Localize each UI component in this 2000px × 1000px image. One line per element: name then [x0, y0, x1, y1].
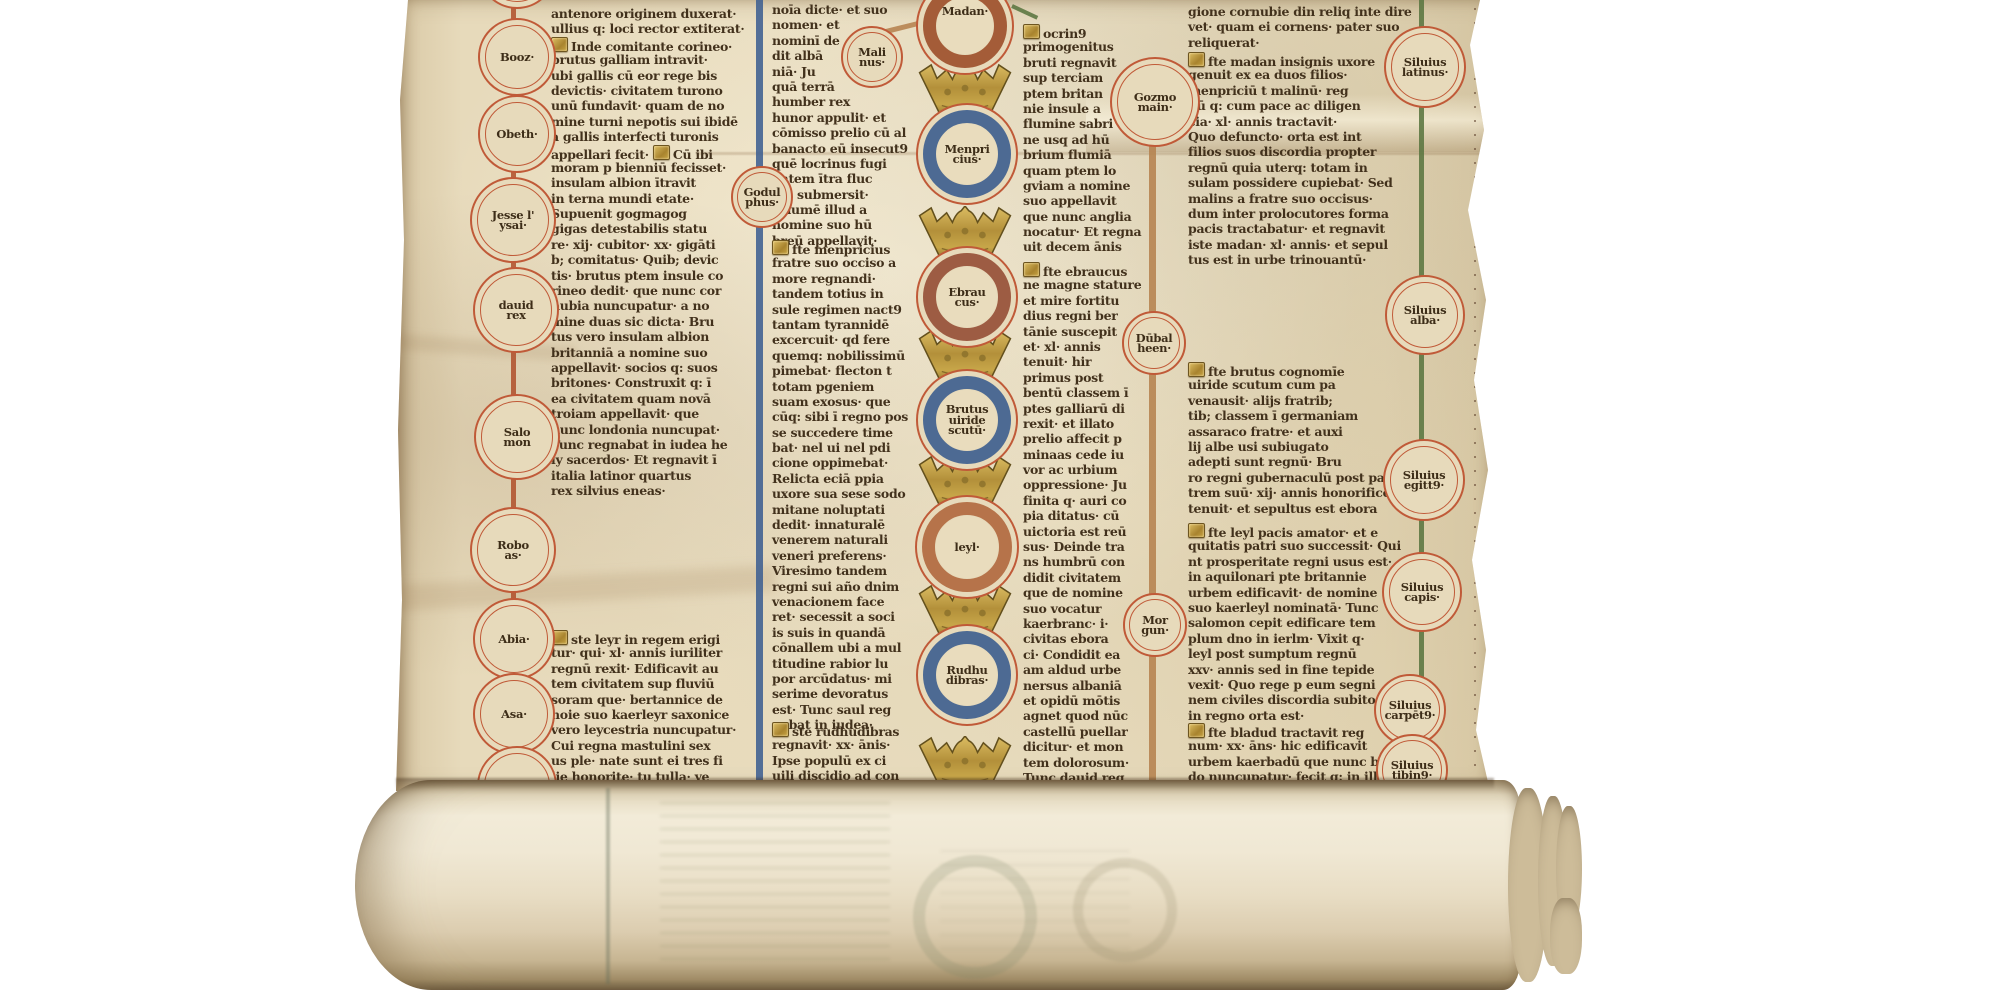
text-line: excercuit· qd fere: [772, 332, 906, 347]
text-line: noīa dicte· et suo: [772, 2, 906, 17]
text-line: Supuenit gogmagog: [551, 206, 751, 221]
text-line: b; comitatus· Quib; devic: [551, 252, 751, 267]
text-line: uit decem ānis: [1023, 239, 1149, 254]
text-line: que de nomine: [1023, 585, 1149, 600]
text-line: xxv· annis sed in fine tepide: [1188, 662, 1400, 677]
text-line: cione oppimebat·: [772, 455, 906, 470]
text-line: fte ebraucus: [1023, 262, 1149, 277]
text-line: tantam tyrannidē: [772, 317, 906, 332]
text-line: am aldud urbe: [1023, 662, 1149, 677]
text-line: venerem naturali: [772, 532, 906, 547]
roundel-name-line: cus·: [948, 297, 985, 308]
roundel-rudhudibras: Rudhudibras·: [916, 624, 1018, 726]
text-line: ste leyr in regem erigi: [551, 630, 751, 645]
text-column-b: noīa dicte· et suonomen· etnominī dedit …: [772, 0, 906, 791]
roundel-name-menpricius: Menpricius·: [944, 144, 989, 165]
text-line: plum dno in ierlm· Vixit q·: [1188, 631, 1400, 646]
text-line: nocatur· Et regna: [1023, 224, 1149, 239]
text-line: insulam albion ītravit: [551, 175, 751, 190]
text-line: entem ītra fluc: [772, 171, 906, 186]
text-line: primogenitus: [1023, 39, 1149, 54]
roundel-name-line: alba·: [1404, 315, 1447, 326]
ghost-showthrough-ring-1: [913, 855, 1037, 979]
roundel-name-line: Madan·: [918, 6, 1012, 17]
text-line: nersus albaniā: [1023, 678, 1149, 693]
gold-initial-icon: [1188, 52, 1205, 67]
text-line: in regno orta est·: [1188, 708, 1400, 723]
scroll-roll: [355, 780, 1520, 990]
text-line: humber rex: [772, 94, 906, 109]
ghost-showthrough-text-2: [940, 850, 1130, 960]
text-line: iste madan· xl· annis· et sepul: [1188, 237, 1400, 252]
text-line: sus· Deinde tra: [1023, 539, 1149, 554]
column-a-paragraph-2: ste leyr in regem erigitur· qui· xl· ann…: [551, 630, 751, 784]
roundel-name-godulphus: Godulphus·: [744, 187, 781, 208]
gold-initial-icon: [772, 722, 789, 737]
text-line: appellavit· socios q: suos: [551, 360, 751, 375]
text-line: ptes galliarū di: [1023, 401, 1149, 416]
text-line: finita q· auri co: [1023, 493, 1149, 508]
roundel-name-gozmomain: Gozmomain·: [1134, 92, 1176, 113]
text-line: dedit· innaturalē: [772, 517, 906, 532]
column-e-paragraph-2: fte madan insignis uxoregenuit ex ea duo…: [1188, 52, 1400, 267]
roundel-name-silvius-latinus: Siluiuslatinus·: [1402, 57, 1448, 78]
text-column-e: gione cornubie din reliq inte direvet· q…: [1188, 0, 1400, 791]
text-line: britones· Construxit q: ī: [551, 375, 751, 390]
text-line: leyl post sumptum regnū: [1188, 646, 1400, 661]
roundel-name-line: capis·: [1401, 592, 1444, 603]
roundel-silvius-alba: Siluiusalba·: [1385, 275, 1465, 355]
text-line: suo kaerleyl nominatā· Tunc: [1188, 600, 1400, 615]
roundel-ebraucus: Ebraucus·: [916, 246, 1018, 348]
line-blue-main: [756, 0, 763, 781]
text-line: appellari fecit· Cū ibi: [551, 145, 751, 160]
text-line: devictis· civitatem turono: [551, 83, 751, 98]
text-line: mitane noluptati: [772, 502, 906, 517]
roundel-obeth: Obeth·: [478, 95, 556, 173]
text-line: suo appellavit: [1023, 193, 1149, 208]
text-line: ne magne stature: [1023, 277, 1149, 292]
text-line: et opidū mōtis: [1023, 693, 1149, 708]
text-line: fte menpricius: [772, 240, 906, 255]
roundel-name-salomon: Salomon: [503, 427, 530, 448]
text-line: nem civiles discordia subito: [1188, 692, 1400, 707]
gold-initial-icon: [653, 145, 670, 160]
roundel-asa: Asa·: [473, 673, 555, 755]
column-a-paragraph-1: antenore originem duxerat·ullius q: loci…: [551, 6, 751, 499]
text-line: quē locrinus fugi: [772, 156, 906, 171]
roundel-abia: Abia·: [473, 598, 555, 680]
text-line: assaraco fratre· et auxi: [1188, 424, 1400, 439]
roundel-name-obeth: Obeth·: [496, 129, 537, 140]
roundel-name-line: Obeth·: [496, 129, 537, 140]
text-line: mine duas sic dicta· Bru: [551, 314, 751, 329]
text-line: lij albe usi subiugato: [1188, 439, 1400, 454]
text-line: ste rudhudibras: [772, 722, 906, 737]
roundel-name-line: leyl·: [954, 542, 979, 553]
text-line: ea civitatem quam novā: [551, 391, 751, 406]
roundel-silvius-egitus: Siluiusegitt9·: [1383, 439, 1465, 521]
text-line: cia· xl· annis tractavit·: [1188, 114, 1400, 129]
text-line: cōmisso prelio cū al: [772, 125, 906, 140]
text-line: noie suo kaerleyr saxonice: [551, 707, 751, 722]
roundel-morgun: Morgun·: [1123, 593, 1187, 657]
roundel-name-line: phus·: [744, 197, 781, 208]
text-line: Quo defuncto· orta est int: [1188, 129, 1400, 144]
text-line: gigas detestabilis statu: [551, 221, 751, 236]
roundel-name-roboas: Roboas·: [497, 540, 529, 561]
text-line: pia ditatus· cū: [1023, 508, 1149, 523]
text-line: Ipse populū ex ci: [772, 753, 906, 768]
roundel-name-brutus-viride-scutum: Brutusuiridescutū·: [946, 404, 989, 436]
text-line: por arcūdatus· mi: [772, 671, 906, 686]
text-line: fte leyl pacis amator· et e: [1188, 523, 1400, 538]
gold-initial-icon: [1188, 362, 1205, 377]
roundel-name-line: mon: [503, 437, 530, 448]
text-line: quam ptem lo: [1023, 163, 1149, 178]
roundel-name-line: egitt9·: [1403, 480, 1446, 491]
text-line: adepti sunt regnū· Bru: [1188, 454, 1400, 469]
text-line: vexit· Quo rege p eum segni: [1188, 677, 1400, 692]
text-line: fte madan insignis uxore: [1188, 52, 1400, 67]
text-line: est· Tunc saul reg: [772, 702, 906, 717]
roundel-name-morgun: Morgun·: [1141, 615, 1169, 636]
text-line: titudine rabior lu: [772, 656, 906, 671]
text-line: us ple· nate sunt ei tres fi: [551, 753, 751, 768]
roundel-name-asa: Asa·: [501, 709, 527, 720]
text-line: cōnallem ubi a mul: [772, 640, 906, 655]
roundel-name-line: gun·: [1141, 625, 1169, 636]
column-e-paragraph-5: fte bladud tractavit regnum· xx· āns· hi…: [1188, 723, 1400, 785]
text-line: vor ac urbium: [1023, 462, 1149, 477]
gold-initial-icon: [1188, 723, 1205, 738]
text-line: sule regimen nact9: [772, 302, 906, 317]
text-line: tur· qui· xl· annis iuriliter: [551, 645, 751, 660]
roundel-name-line: carpēt9·: [1385, 710, 1436, 721]
text-line: nū q: cum pace ac diligen: [1188, 98, 1400, 113]
text-line: cūq: sibi ī regno pos: [772, 409, 906, 424]
line-tan-cadet: [1149, 120, 1156, 781]
text-line: ci· Condidit ea: [1023, 647, 1149, 662]
text-line: totam pgeniem: [772, 379, 906, 394]
ghost-showthrough-blue-line: [606, 788, 610, 984]
text-line: vet· quam ei cornens· pater suo: [1188, 19, 1400, 34]
column-e-paragraph-4: fte leyl pacis amator· et equitatis patr…: [1188, 523, 1400, 723]
roundel-silvius-latinus: Siluiuslatinus·: [1384, 26, 1466, 108]
text-line: pacis tractabatur· et regnavit: [1188, 221, 1400, 236]
roundel-david-rex: dauidrex: [473, 267, 559, 353]
text-line: regnū rexit· Edificavit au: [551, 661, 751, 676]
text-line: rineo dedit· que nunc cor: [551, 283, 751, 298]
text-line: antenore originem duxerat·: [551, 6, 751, 21]
text-line: gviam a nomine: [1023, 178, 1149, 193]
text-line: dicitur· et mon: [1023, 739, 1149, 754]
text-line: Inde comitante corineo·: [551, 37, 751, 52]
text-line: fte brutus cognomīe: [1188, 362, 1400, 377]
scroll-sheet: antenore originem duxerat·ullius q: loci…: [396, 0, 1494, 791]
roundel-name-ebraucus: Ebraucus·: [948, 287, 985, 308]
roundel-brutus-viride-scutum: Brutusuiridescutū·: [916, 369, 1018, 471]
text-line: regnavit· xx· ānis·: [772, 737, 906, 752]
text-line: tus est in urbe trinouantū·: [1188, 252, 1400, 267]
text-line: tis· brutus ptem insule co: [551, 268, 751, 283]
text-line: venacionem face: [772, 594, 906, 609]
text-line: suam exosus· que: [772, 394, 906, 409]
text-line: nubia nuncupatur· a no: [551, 298, 751, 313]
roundel-silvius-capis: Siluiuscapis·: [1382, 552, 1462, 632]
column-e-paragraph-1: gione cornubie din reliq inte direvet· q…: [1188, 4, 1400, 50]
text-line: num· xx· āns· hic edificavit: [1188, 738, 1400, 753]
text-line: in aquilonari pte britannie: [1188, 569, 1400, 584]
roundel-name-abia: Abia·: [498, 634, 529, 645]
roundel-name-line: cius·: [944, 154, 989, 165]
text-line: menpriciū t malinū· reg: [1188, 83, 1400, 98]
text-line: is suis in quandā: [772, 625, 906, 640]
text-line: Relicta eciā ppia: [772, 471, 906, 486]
text-line: tenuit· et sepultus est ebora: [1188, 501, 1400, 516]
text-line: urbem kaerbadū que nunc ba: [1188, 754, 1400, 769]
text-line: ro regni gubernaculū post pa: [1188, 470, 1400, 485]
text-line: reliquerat·: [1188, 35, 1400, 50]
roundel-name-silvius-capis: Siluiuscapis·: [1401, 582, 1444, 603]
roundel-booz: Booz·: [478, 18, 556, 96]
ghost-showthrough-ring-2: [1073, 858, 1177, 962]
roundel-name-malinus: Malinus·: [858, 47, 886, 68]
text-line: prelio affecit p: [1023, 431, 1149, 446]
roundel-name-line: Abia·: [498, 634, 529, 645]
text-line: brutus galliam intravit·: [551, 52, 751, 67]
roundel-name-line: scutū·: [946, 425, 989, 436]
text-line: unū fundavit· quam de no: [551, 98, 751, 113]
manuscript-photo: antenore originem duxerat·ullius q: loci…: [0, 0, 2000, 1000]
text-line: a gallis interfecti turonis: [551, 129, 751, 144]
text-line: pimebat· flecton t: [772, 363, 906, 378]
roll-end-core: [1550, 898, 1582, 974]
text-line: filios suos discordia propter: [1188, 144, 1400, 159]
text-line: trem suū· xij· annis honorifice: [1188, 485, 1400, 500]
text-line: britanniā a nomine suo: [551, 345, 751, 360]
text-line: fte bladud tractavit reg: [1188, 723, 1400, 738]
gold-initial-icon: [1023, 24, 1040, 39]
text-line: nomine suo hū: [772, 217, 906, 232]
roundel-name-silvius-egitus: Siluiusegitt9·: [1403, 470, 1446, 491]
text-line: uiride scutum cum pa: [1188, 377, 1400, 392]
text-line: malins a fratre suo occisus·: [1188, 191, 1400, 206]
text-line: nt prosperitate regni usus est·: [1188, 554, 1400, 569]
text-line: oppressione· Ju: [1023, 477, 1149, 492]
roundel-top-cut: [478, 0, 556, 9]
roundel-name-line: latinus·: [1402, 67, 1448, 78]
roundel-gozmomain: Gozmomain·: [1110, 57, 1200, 147]
roundel-name-dunballeen: Dūbalheen·: [1136, 333, 1173, 354]
text-line: Viresimo tandem: [772, 563, 906, 578]
line-green-alban: [1419, 0, 1424, 781]
text-line: vero leycestria nuncupatur·: [551, 722, 751, 737]
text-line: tus vero insulam albion: [551, 329, 751, 344]
roundel-name-rudhudibras: Rudhudibras·: [946, 665, 988, 686]
text-line: Cui regna mastulini sex: [551, 738, 751, 753]
text-line: rexit· et illato: [1023, 416, 1149, 431]
text-line: sulam possidere cupiebat· Sed: [1188, 175, 1400, 190]
text-line: et mire fortitu: [1023, 293, 1149, 308]
text-line: genuit ex ea duos filios·: [1188, 67, 1400, 82]
column-e-paragraph-3: fte brutus cognomīeuiride scutum cum pav…: [1188, 362, 1400, 516]
roundel-roboas: Roboas·: [470, 507, 556, 593]
sheet-edge-shadow: [396, 778, 1494, 790]
roundel-name-line: nus·: [858, 57, 886, 68]
text-line: uictoria est reū: [1023, 524, 1149, 539]
ghost-showthrough-text-1: [660, 802, 890, 964]
text-line: veneri preferens·: [772, 548, 906, 563]
text-line: brium flumiā: [1023, 147, 1149, 162]
roundel-name-line: main·: [1134, 102, 1176, 113]
text-line: salomon cepit edificare tem: [1188, 615, 1400, 630]
text-line: agnet quod nūc: [1023, 708, 1149, 723]
text-line: fratre suo occiso a: [772, 255, 906, 270]
text-line: quitatis patri suo successit· Qui: [1188, 538, 1400, 553]
roundel-leyl: leyl·: [915, 495, 1019, 599]
text-line: bentū classem ī: [1023, 385, 1149, 400]
roundel-name-booz: Booz·: [500, 52, 534, 63]
column-b-paragraph-3: ste rudhudibrasregnavit· xx· ānis·Ipse p…: [772, 722, 906, 784]
text-line: serime devoratus: [772, 686, 906, 701]
text-line: quemq: nobilissimū: [772, 348, 906, 363]
text-line: troiam appellavit· que: [551, 406, 751, 421]
text-line: Tunc regnabat in iudea he: [551, 437, 751, 452]
text-column-a: antenore originem duxerat·ullius q: loci…: [551, 0, 751, 791]
text-line: regnū quia uterq: totam in: [1188, 160, 1400, 175]
roundel-name-silvius-alba: Siluiusalba·: [1404, 305, 1447, 326]
gold-initial-icon: [772, 240, 789, 255]
roundel-name-david-rex: dauidrex: [499, 300, 534, 321]
roundel-name-line: ysai·: [492, 220, 535, 231]
roundel-salomon: Salomon: [474, 394, 560, 480]
text-line: ns humbrū con: [1023, 554, 1149, 569]
roundel-name-madan: Madan·: [918, 6, 1012, 17]
roundel-malinus: Malinus·: [841, 26, 903, 88]
text-line: tandem totius in: [772, 286, 906, 301]
text-line: soram que· bertannice de: [551, 692, 751, 707]
text-line: se succedere time: [772, 425, 906, 440]
text-line: ly sacerdos· Et regnavit ī: [551, 452, 751, 467]
roundel-name-line: dibras·: [946, 675, 988, 686]
text-line: nunc londonia nuncupat·: [551, 422, 751, 437]
text-line: hunor appulit· et: [772, 110, 906, 125]
text-line: didit civitatem: [1023, 570, 1149, 585]
roundel-menpricius: Menpricius·: [916, 103, 1018, 205]
pricking-dots: [1474, 8, 1476, 772]
text-line: tem civitatem sup fluviū: [551, 676, 751, 691]
text-line: urbem edificavit· de nomine: [1188, 585, 1400, 600]
text-line: in terna mundi etate·: [551, 191, 751, 206]
text-line: tib; classem ī germaniam: [1188, 408, 1400, 423]
text-line: mine turni nepotis sui ibidē: [551, 114, 751, 129]
text-line: ullius q: loci rector extiterat·: [551, 21, 751, 36]
text-line: ubi gallis cū eor rege bis: [551, 68, 751, 83]
text-line: re· xij· cubitor· xx· gigāti: [551, 237, 751, 252]
roundel-inner-ring: [485, 0, 549, 2]
text-line: castellū puellar: [1023, 724, 1149, 739]
roundel-godulphus: Godulphus·: [731, 166, 793, 228]
roundel-name-leyl: leyl·: [954, 542, 979, 553]
text-line: primus post: [1023, 370, 1149, 385]
roundel-dunballeen: Dūbalheen·: [1122, 311, 1186, 375]
roundel-name-line: heen·: [1136, 343, 1173, 354]
text-line: tem dolorosum·: [1023, 755, 1149, 770]
roundel-jesse-ysai: Jesse l'ysai·: [470, 177, 556, 263]
text-line: banacto eū insecut9: [772, 141, 906, 156]
column-b-paragraph-2: fte menpriciusfratre suo occiso amore re…: [772, 240, 906, 733]
text-line: regni sui año dnim: [772, 579, 906, 594]
roundel-name-line: Booz·: [500, 52, 534, 63]
text-line: bat· nel ui nel pdi: [772, 440, 906, 455]
text-line: venausit· alijs fratrib;: [1188, 393, 1400, 408]
text-line: uxore sua sese sodo: [772, 486, 906, 501]
text-line: dum inter prolocutores forma: [1188, 206, 1400, 221]
text-line: more regnandi·: [772, 271, 906, 286]
roundel-name-jesse-ysai: Jesse l'ysai·: [492, 210, 535, 231]
roundel-name-line: Asa·: [501, 709, 527, 720]
text-line: que nunc anglia: [1023, 209, 1149, 224]
roundel-name-line: rex: [499, 310, 534, 321]
text-line: gione cornubie din reliq inte dire: [1188, 4, 1400, 19]
text-line: ret· secessit a soci: [772, 609, 906, 624]
roundel-name-silvius-carpentus: Siluiuscarpēt9·: [1385, 700, 1436, 721]
gold-initial-icon: [1188, 523, 1205, 538]
roundel-name-line: as·: [497, 550, 529, 561]
text-line: moram p bienniū fecisset·: [551, 160, 751, 175]
text-line: minaas cede iu: [1023, 447, 1149, 462]
gold-initial-icon: [1023, 262, 1040, 277]
text-line: rex silvius eneas·: [551, 483, 751, 498]
text-line: italia latinor quartus: [551, 468, 751, 483]
text-line: ocrin9: [1023, 24, 1149, 39]
